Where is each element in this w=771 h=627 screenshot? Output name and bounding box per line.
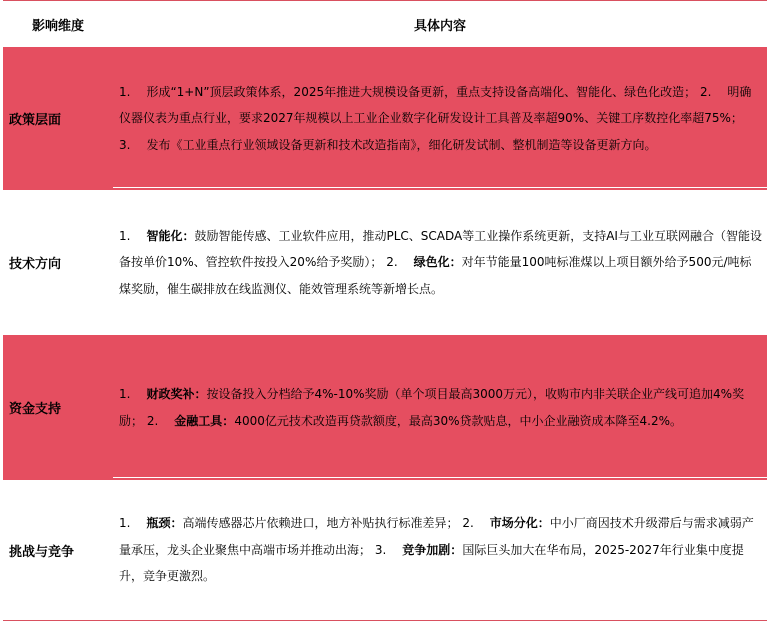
item-keyword: 竞争加剧： [402, 543, 462, 557]
header-content: 具体内容 [113, 15, 767, 34]
item-number: 2. [386, 255, 397, 269]
row-content: 1.财政奖补：按设备投入分档给予4%-10%奖励（单个项目最高3000万元），收… [113, 335, 767, 480]
item-number: 2. [147, 414, 158, 428]
row-label: 技术方向 [3, 190, 113, 335]
row-content: 1.智能化：鼓励智能传感、工业软件应用，推动PLC、SCADA等工业操作系统更新… [113, 190, 767, 335]
item-number: 1. [119, 387, 130, 401]
item-number: 3. [119, 138, 130, 152]
item-number: 1. [119, 85, 130, 99]
item-keyword: 智能化： [146, 229, 194, 243]
item-number: 2. [462, 516, 473, 530]
policy-impact-table: 影响维度 具体内容 政策层面 1.形成“1+N”顶层政策体系，2025年推进大规… [3, 0, 767, 621]
row-label: 政策层面 [3, 47, 113, 190]
item-keyword: 绿色化： [414, 255, 462, 269]
item-keyword: 瓶颈： [146, 516, 182, 530]
item-keyword: 市场分化： [490, 516, 550, 530]
table-row-policy: 政策层面 1.形成“1+N”顶层政策体系，2025年推进大规模设备更新，重点支持… [3, 47, 767, 190]
item-keyword: 财政奖补： [146, 387, 206, 401]
row-content: 1.形成“1+N”顶层政策体系，2025年推进大规模设备更新，重点支持设备高端化… [113, 47, 767, 190]
item-number: 2. [700, 85, 711, 99]
header-dimension: 影响维度 [3, 15, 113, 34]
item-keyword: 金融工具： [174, 414, 234, 428]
table-row-funding: 资金支持 1.财政奖补：按设备投入分档给予4%-10%奖励（单个项目最高3000… [3, 335, 767, 480]
item-number: 3. [375, 543, 386, 557]
row-content: 1.瓶颈：高端传感器芯片依赖进口，地方补贴执行标准差异； 2.市场分化：中小厂商… [113, 480, 767, 620]
item-text: 发布《工业重点行业领域设备更新和技术改造指南》，细化研发试制、整机制造等设备更新… [146, 138, 656, 152]
table-row-challenges: 挑战与竞争 1.瓶颈：高端传感器芯片依赖进口，地方补贴执行标准差异； 2.市场分… [3, 480, 767, 620]
table-row-technology: 技术方向 1.智能化：鼓励智能传感、工业软件应用，推动PLC、SCADA等工业操… [3, 190, 767, 335]
table-header: 影响维度 具体内容 [3, 1, 767, 47]
item-number: 1. [119, 516, 130, 530]
item-text: 4000亿元技术改造再贷款额度，最高30%贷款贴息，中小企业融资成本降至4.2%… [234, 414, 682, 428]
item-text: 形成“1+N”顶层政策体系，2025年推进大规模设备更新，重点支持设备高端化、智… [146, 85, 696, 99]
row-label: 挑战与竞争 [3, 480, 113, 620]
item-text: 高端传感器芯片依赖进口，地方补贴执行标准差异； [182, 516, 458, 530]
item-number: 1. [119, 229, 130, 243]
row-label: 资金支持 [3, 335, 113, 480]
